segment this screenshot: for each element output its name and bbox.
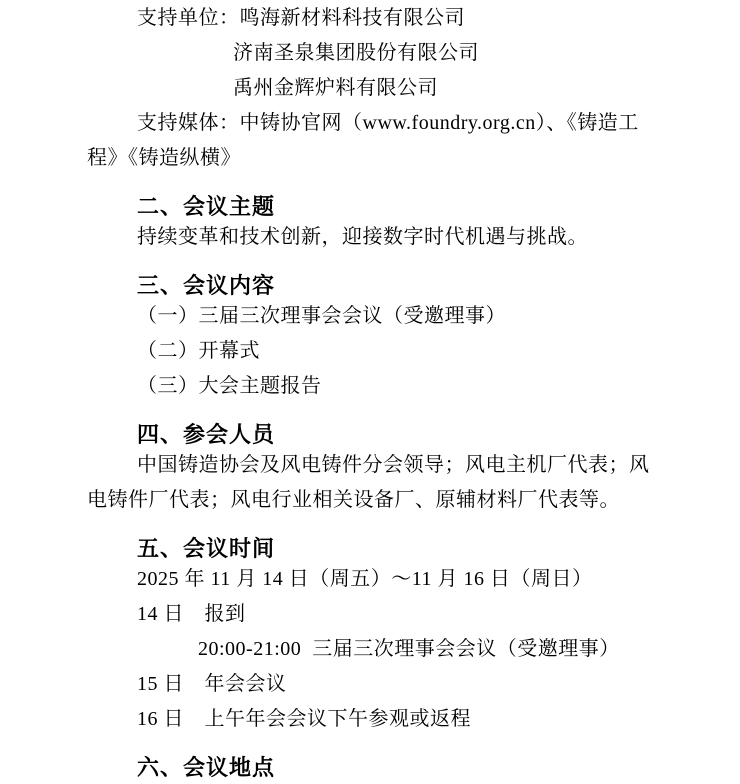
heading-meeting-content: 三、会议内容 — [87, 268, 685, 303]
schedule-day-14: 14 日 报到 — [87, 597, 685, 632]
meeting-date-range: 2025 年 11 月 14 日（周五）～11 月 16 日（周日） — [87, 562, 685, 597]
document-page: 支持单位：鸣海新材料科技有限公司 济南圣泉集团股份有限公司 禹州金辉炉料有限公司… — [0, 0, 740, 784]
participants-text-line-1: 中国铸造协会及风电铸件分会领导；风电主机厂代表；风 — [87, 448, 685, 483]
heading-participants: 四、参会人员 — [87, 417, 685, 452]
supporting-units-line: 支持单位：鸣海新材料科技有限公司 — [87, 1, 685, 36]
content-item-3: （三）大会主题报告 — [87, 369, 685, 404]
schedule-day-15: 15 日 年会会议 — [87, 667, 685, 702]
supporting-media-line-wrap: 程》《铸造纵横》 — [87, 141, 685, 176]
meeting-theme-text: 持续变革和技术创新，迎接数字时代机遇与挑战。 — [87, 220, 685, 255]
heading-meeting-time: 五、会议时间 — [87, 531, 685, 566]
supporting-unit-2: 济南圣泉集团股份有限公司 — [87, 36, 685, 71]
supporting-unit-3: 禹州金辉炉料有限公司 — [87, 71, 685, 106]
schedule-day-16: 16 日 上午年会会议下午参观或返程 — [87, 702, 685, 737]
participants-text-line-2: 电铸件厂代表；风电行业相关设备厂、原辅材料厂代表等。 — [87, 483, 685, 518]
content-item-2: （二）开幕式 — [87, 334, 685, 369]
supporting-media-line: 支持媒体：中铸协官网（www.foundry.org.cn）、《铸造工 — [87, 106, 685, 141]
heading-meeting-location: 六、会议地点 — [87, 750, 685, 784]
content-item-1: （一）三届三次理事会会议（受邀理事） — [87, 299, 685, 334]
heading-meeting-theme: 二、会议主题 — [87, 189, 685, 224]
schedule-day-14-evening: 20:00-21:00 三届三次理事会会议（受邀理事） — [87, 632, 685, 667]
